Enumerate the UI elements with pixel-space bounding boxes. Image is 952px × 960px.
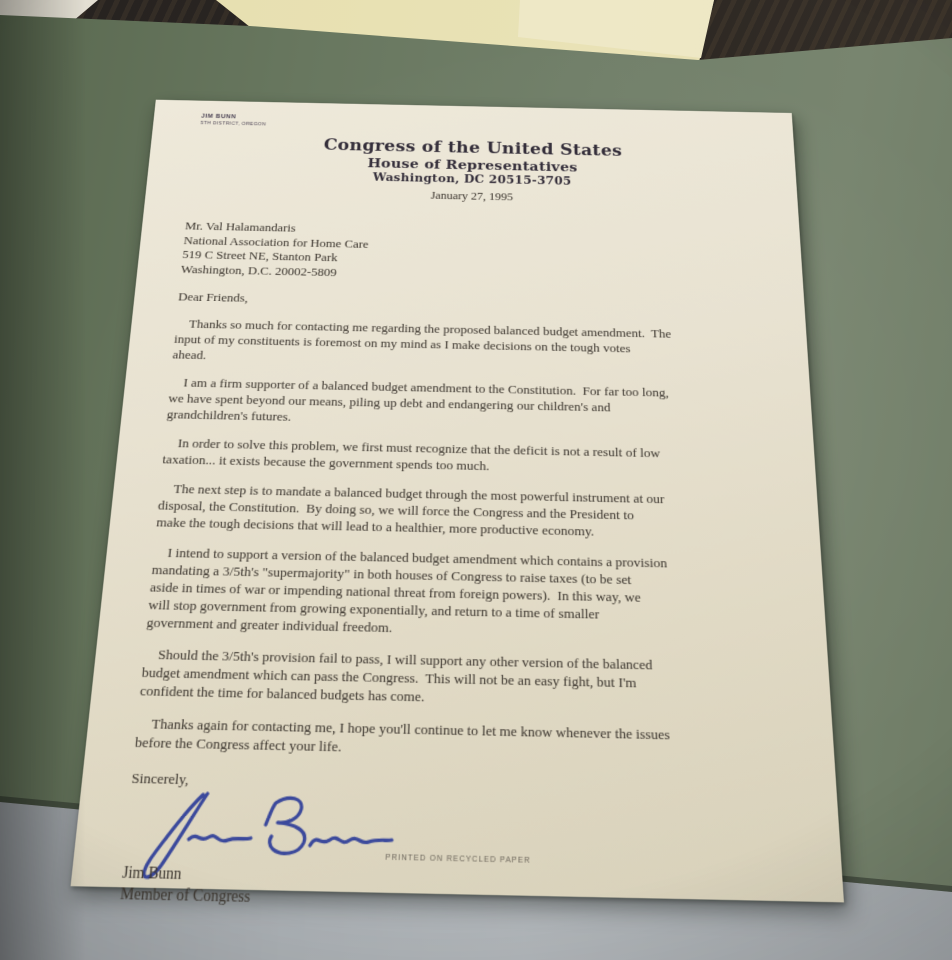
paragraph-6: Should the 3/5th's provision fail to pas…	[139, 645, 783, 713]
photo-of-letter-scene: JIM BUNN 5TH DISTRICT, OREGON Congress o…	[0, 0, 952, 960]
member-name-block: JIM BUNN 5TH DISTRICT, OREGON	[200, 114, 267, 128]
paragraph-4: The next step is to mandate a balanced b…	[156, 480, 774, 543]
recipient-address-block: Mr. Val Halamandaris National Associatio…	[180, 219, 760, 288]
member-district: 5TH DISTRICT, OREGON	[200, 120, 266, 128]
paragraph-3: In order to solve this problem, we first…	[162, 434, 771, 480]
paragraph-7: Thanks again for contacting me, I hope y…	[134, 714, 786, 765]
congress-letterhead: Congress of the United States House of R…	[188, 133, 756, 209]
typed-letter-page: JIM BUNN 5TH DISTRICT, OREGON Congress o…	[71, 100, 844, 903]
salutation: Dear Friends,	[178, 289, 762, 316]
paragraph-5: I intend to support a version of the bal…	[146, 543, 780, 644]
paragraph-1: Thanks so much for contacting me regardi…	[172, 316, 765, 375]
paragraph-2: I am a firm supporter of a balanced budg…	[166, 374, 768, 434]
